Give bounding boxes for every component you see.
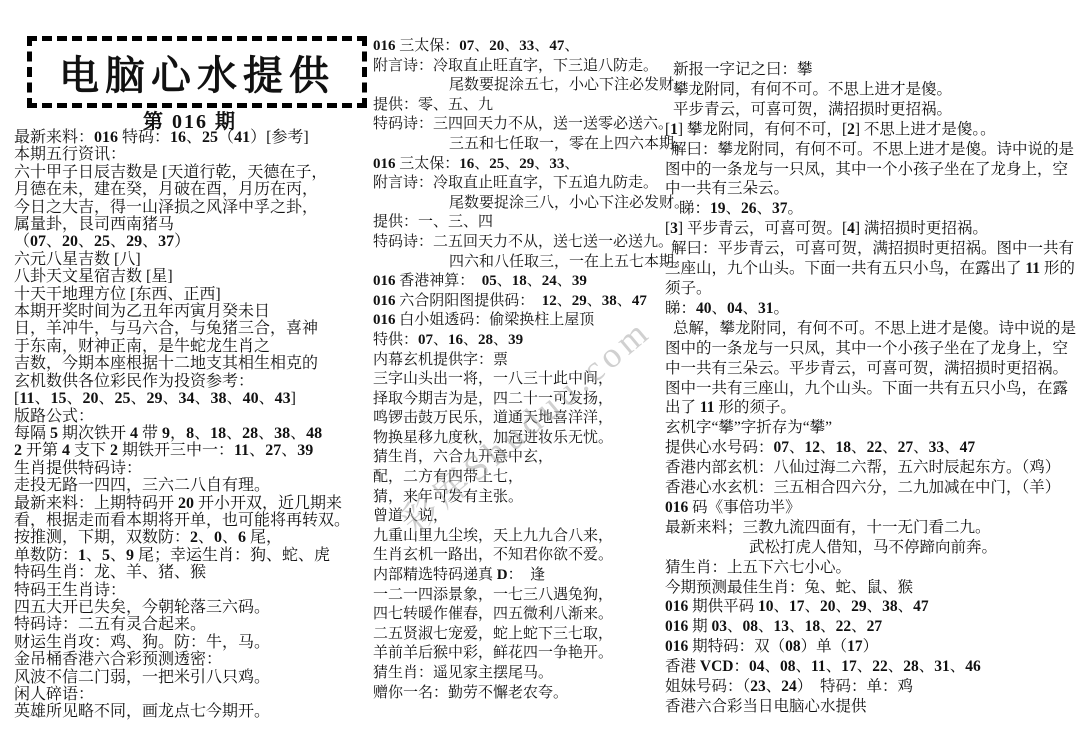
text-line: 出了 11 形的须子。	[665, 398, 1075, 418]
text-line: 每隔 5 期次铁开 4 带 9，8、18、28、38、48	[14, 425, 370, 442]
text-line: 风波不信二门弱，一把米引八只鸡。	[14, 669, 370, 686]
text-line: 提供心水号码：07、12、18、22、27、33、47	[665, 438, 1075, 458]
text-line: 配，二方有四带上七，	[373, 468, 665, 488]
text-line: 猜生肖：遥见家主摆尾马。	[373, 664, 665, 684]
text-line: 内部精选特码递真 D： 逢	[373, 566, 665, 586]
text-line: 猜生肖：上五下六七小心。	[665, 558, 1075, 578]
document-page: 电脑心水提供 第 016 期 最新来料：016 特码：16、25（41）[参考]…	[0, 0, 1080, 744]
text-line: 016 期 03、08、13、18、22、27	[665, 617, 1075, 637]
text-line: 最新来料：016 特码：16、25（41）[参考]	[14, 129, 370, 146]
text-line: 最新来料；三教九流四面有，十一无门看二九。	[665, 518, 1075, 538]
text-line: 尾数要捉涂三八，小心下注必发财。	[373, 194, 665, 214]
text-line: 八卦天文星宿吉数 [星]	[14, 268, 370, 285]
text-line: 日，羊冲牛，与马六合，与兔猪三合，喜神	[14, 320, 370, 337]
text-line: 六十甲子日辰吉数是 [天道行乾，天德在子，	[14, 164, 370, 181]
text-line: 单数防：1、5、9 尾；幸运生肖：狗、蛇、虎	[14, 547, 370, 564]
text-line: 睇：40、04、31。	[665, 299, 1075, 319]
text-line: 金吊桶香港六合彩预测透密：	[14, 651, 370, 668]
middle-column: 016 三太保：07、20、33、47、附言诗：冷取直止旺直字，下三追八防走。尾…	[373, 37, 665, 703]
text-line: 玄机数供各位彩民作为投资参考：	[14, 373, 370, 390]
text-line: 今日之大吉，得一山泽损之风泽中孚之卦，	[14, 199, 370, 216]
text-line: 尾数要捉涂五七，小心下注必发财。	[373, 76, 665, 96]
text-line: 四六和八任取三，一在上五七本期。	[373, 253, 665, 273]
text-line: 016 香港神算： 05、18、24、39	[373, 272, 665, 292]
text-line: 财运生肖攻：鸡、狗。防：牛，马。	[14, 634, 370, 651]
text-line: 玄机字“攀”字折存为“攀”	[665, 418, 1075, 438]
text-line: 三字山头出一将，一八三十此中间，	[373, 370, 665, 390]
text-line: 走投无路一四四，三六二八自有理。	[14, 477, 370, 494]
text-line: 物换星移九度秋，加冠进妆乐无忧。	[373, 429, 665, 449]
text-line: 016 期供平码 10、17、20、29、38、47	[665, 597, 1075, 617]
text-line: 中一共有三朵云。平步青云，可喜可贺，满招损时更招祸。	[665, 359, 1075, 379]
text-line: 最新来料：上期特码开 20 开小开双，近几期来	[14, 495, 370, 512]
title-box: 电脑心水提供	[27, 36, 367, 108]
text-line: 016 六合阴阳图提供码： 12、29、38、47	[373, 292, 665, 312]
text-line: 四五大开已失矣，今朝轮落三六码。	[14, 599, 370, 616]
text-line: [1] 攀龙附同，有何不可，[2] 不思上进才是傻。。	[665, 120, 1075, 140]
text-line: 016 码《事倍功半》	[665, 498, 1075, 518]
text-line: 016 三太保：16、25、29、33、	[373, 155, 665, 175]
text-line: 香港内部玄机：八仙过海二六帮，五六时辰起东方。（鸡）	[665, 458, 1075, 478]
text-line: 四七转暖作催春，四五微利八渐来。	[373, 605, 665, 625]
text-line: 须子。	[665, 279, 1075, 299]
text-line: 闲人碎语：	[14, 686, 370, 703]
text-line: 生肖玄机一路出，不知君你欲不爱。	[373, 546, 665, 566]
text-line: 今期预测最佳生肖：兔、蛇、鼠、猴	[665, 578, 1075, 598]
text-line: 平步青云，可喜可贺，满招损时更招祸。	[665, 100, 1075, 120]
text-line: 016 期特码：双（08）单（17）	[665, 637, 1075, 657]
text-line: 本期开奖时间为乙丑年丙寅月癸未日	[14, 303, 370, 320]
text-line: 新报一字记之曰：攀	[665, 60, 1075, 80]
text-line: 香港心水玄机：三五相合四六分，二九加减在中门，（羊）	[665, 478, 1075, 498]
text-line: [3] 平步青云，可喜可贺。[4] 满招损时更招祸。	[665, 219, 1075, 239]
text-line: 提供：零、五、九	[373, 96, 665, 116]
text-line: 中一共有三朵云。	[665, 179, 1075, 199]
text-line: 羊前羊后猴中彩，鲜花四一争艳开。	[373, 644, 665, 664]
text-line: 特码诗：二五有灵合起来。	[14, 616, 370, 633]
text-line: 属量卦，艮司西南猪马	[14, 216, 370, 233]
text-line: 解曰：平步青云，可喜可贺，满招损时更招祸。图中一共有	[665, 239, 1075, 259]
text-line: 于东南，财神正南，是牛蛇龙生肖之	[14, 338, 370, 355]
text-line: 特供：07、16、28、39	[373, 331, 665, 351]
text-line: 武松打虎人借知，马不停蹄向前奔。	[665, 538, 1075, 558]
text-line: 图中的一条龙与一只凤，其中一个小孩子坐在了龙身上，空	[665, 339, 1075, 359]
text-line: 英雄所见略不同，画龙点七今期开。	[14, 703, 370, 720]
text-line: 三五和七任取一，零在上四六本期。	[373, 135, 665, 155]
text-line: 猜，来年可发有主张。	[373, 488, 665, 508]
text-line: [11、15、20、25、29、34、38、40、43]	[14, 390, 370, 407]
text-line: 吉数，今期本座根据十二地支其相生相克的	[14, 355, 370, 372]
text-line: 016 白小姐透码：偷梁换柱上屋顶	[373, 311, 665, 331]
text-line: 看，根据走而看本期将开单，也可能将再转双。	[14, 512, 370, 529]
text-line: 三座山，九个山头。下面一共有五只小鸟，在露出了 11 形的	[665, 259, 1075, 279]
text-line: 赠你一名：勤劳不懈老农夸。	[373, 684, 665, 704]
text-line: 提供：一、三、四	[373, 213, 665, 233]
text-line: 解曰：攀龙附同，有何不可。不思上进才是傻。诗中说的是	[665, 140, 1075, 160]
text-line: 特码王生肖诗：	[14, 582, 370, 599]
text-line: 香港六合彩当日电脑心水提供	[665, 697, 1075, 717]
text-line: 总解，攀龙附同，有何不可。不思上进才是傻。诗中说的是	[665, 319, 1075, 339]
text-line: 生肖提供特码诗：	[14, 460, 370, 477]
page-title: 电脑心水提供	[59, 44, 335, 101]
text-line: 016 三太保：07、20、33、47、	[373, 37, 665, 57]
text-line: 鸣锣击鼓万民乐，道通天地喜洋洋，	[373, 409, 665, 429]
text-line: 2 开第 4 支下 2 期铁开三中一：11、27、39	[14, 442, 370, 459]
text-line: 曾道人说，	[373, 507, 665, 527]
text-line: 猜生肖，六合九开意中玄，	[373, 448, 665, 468]
text-line: 十天干地理方位 [东西、正西]	[14, 286, 370, 303]
text-line: 择取今期吉为是，四二十一可发扬，	[373, 390, 665, 410]
left-column: 最新来料：016 特码：16、25（41）[参考]本期五行资讯：六十甲子日辰吉数…	[14, 129, 370, 721]
text-line: 特码诗：二五回天力不从，送七送一必送九。	[373, 233, 665, 253]
text-line: 特码诗：三四回天力不从，送一送零必送六。	[373, 115, 665, 135]
text-line: 图中的一条龙与一只凤，其中一个小孩子坐在了龙身上，空	[665, 160, 1075, 180]
text-line: 九重山里九尘埃，天上九九合八来，	[373, 527, 665, 547]
text-line: 版路公式：	[14, 408, 370, 425]
text-line: （07、20、25、29、37）	[14, 233, 370, 250]
text-line: 内幕玄机提供字：票	[373, 351, 665, 371]
text-line: 二五贤淑七宠爱，蛇上蛇下三七取，	[373, 625, 665, 645]
text-line: 月德在未，建在癸，月破在酉，月历在丙，	[14, 181, 370, 198]
text-line: 一二一四添景象，一七三八遇兔狗，	[373, 586, 665, 606]
right-column: 新报一字记之曰：攀攀龙附同，有何不可。不思上进才是傻。平步青云，可喜可贺，满招损…	[665, 60, 1075, 717]
text-line: 六元八星吉数 [八]	[14, 251, 370, 268]
text-line: 按推测，下期，双数防：2、0、6 尾，	[14, 529, 370, 546]
text-line: 附言诗：冷取直止旺直字，下三追八防走。	[373, 57, 665, 77]
text-line: 特码生肖：龙、羊、猪、猴	[14, 564, 370, 581]
text-line: 图中一共有三座山，九个山头。下面一共有五只小鸟，在露	[665, 379, 1075, 399]
text-line: 本期五行资讯：	[14, 146, 370, 163]
text-line: 攀龙附同，有何不可。不思上进才是傻。	[665, 80, 1075, 100]
text-line: 附言诗：冷取直止旺直字，下五追九防走。	[373, 174, 665, 194]
text-line: 姐妹号码：（23、24） 特码：单：鸡	[665, 677, 1075, 697]
text-line: 香港 VCD：04、08、11、17、22、28、31、46	[665, 657, 1075, 677]
text-line: 睇：19、26、37。	[665, 199, 1075, 219]
